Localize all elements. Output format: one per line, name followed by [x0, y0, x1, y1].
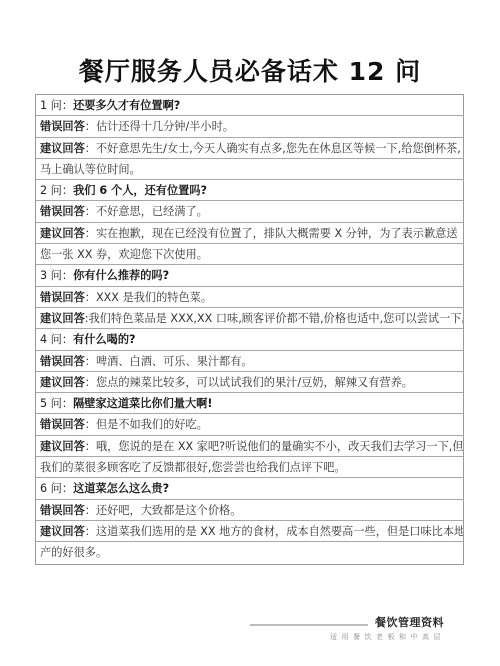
answer-label: 建议回答: [40, 227, 85, 240]
answer-label: 建议回答: [40, 440, 85, 453]
answer-label: 错误回答: [40, 355, 85, 368]
wrong-answer-row: 错误回答：不好意思，已经满了。: [36, 201, 463, 222]
question-row: 6 问：这道菜怎么这么贵?: [36, 478, 463, 499]
answer-text: 估计还得十几分钟/半小时。: [96, 120, 234, 133]
answer-text: 这道菜我们选用的是 XX 地方的食材，成本自然要高一些，但是口味比本地: [96, 525, 463, 538]
answer-text: 您一张 XX 券，欢迎您下次使用。: [40, 248, 208, 261]
answer-text: 实在抱歉，现在已经没有位置了，排队大概需要 X 分钟，为了表示歉意送: [96, 227, 458, 240]
answer-text: 我们的菜很多顾客吃了反馈都很好,您尝尝也给我们点评下吧。: [40, 461, 346, 474]
question-text: 还要多久才有位置啊?: [73, 99, 180, 112]
answer-label: 错误回答: [40, 291, 85, 304]
wrong-answer-row: 错误回答：还好吧，大致都是这个价格。: [36, 500, 463, 521]
answer-text: 但是不如我们的好吃。: [96, 418, 208, 431]
answer-text: 哦，您说的是在 XX 家吧?听说他们的量确实不小，改天我们去学习一下,但: [96, 440, 463, 453]
question-number: 1 问：: [40, 99, 73, 112]
page-title: 餐厅服务人员必备话术 12 问: [0, 52, 500, 88]
suggested-answer-row: 建议回答：这道菜我们选用的是 XX 地方的食材，成本自然要高一些，但是口味比本地: [36, 521, 463, 542]
answer-text: 啤酒、白酒、可乐、果汁都有。: [96, 355, 253, 368]
answer-label: 错误回答: [40, 205, 85, 218]
label-separator: ：: [85, 440, 96, 453]
suggested-answer-row: 建议回答:我们特色菜品是 XXX,XX 口味,顾客评价都不错,价格也适中,您可以…: [36, 308, 463, 329]
answer-continuation-row: 我们的菜很多顾客吃了反馈都很好,您尝尝也给我们点评下吧。: [36, 457, 463, 478]
question-number: 6 问：: [40, 482, 73, 495]
question-number: 4 问：: [40, 333, 73, 346]
label-separator: ：: [85, 227, 96, 240]
label-separator: ：: [85, 525, 96, 538]
suggested-answer-row: 建议回答：您点的辣菜比较多，可以试试我们的果汁/豆奶，解辣又有营养。: [36, 372, 463, 393]
label-separator: ：: [85, 376, 96, 389]
footer-title: 餐饮管理资料: [375, 614, 444, 630]
footer-divider: [250, 624, 368, 626]
answer-text: 我们特色菜品是 XXX,XX 口味,顾客评价都不错,价格也适中,您可以尝试一下。: [89, 312, 463, 325]
label-separator: ：: [85, 355, 96, 368]
question-row: 3 问：你有什么推荐的吗?: [36, 265, 463, 286]
wrong-answer-row: 错误回答：XXX 是我们的特色菜。: [36, 287, 463, 308]
qa-table: 1 问：还要多久才有位置啊?错误回答：估计还得十几分钟/半小时。建议回答：不好意…: [35, 94, 464, 565]
question-number: 3 问：: [40, 269, 73, 282]
question-text: 隔壁家这道菜比你们量大啊!: [73, 397, 212, 410]
label-separator: ：: [85, 120, 96, 133]
wrong-answer-row: 错误回答：估计还得十几分钟/半小时。: [36, 116, 463, 137]
label-separator: ：: [85, 291, 96, 304]
question-text: 你有什么推荐的吗?: [73, 269, 169, 282]
answer-label: 建议回答: [40, 312, 85, 325]
answer-text: 不好意思先生/女士,今天人确实有点多,您先在休息区等候一下,给您倒杯茶,: [96, 142, 461, 155]
answer-continuation-row: 马上确认等位时间。: [36, 159, 463, 180]
suggested-answer-row: 建议回答：不好意思先生/女士,今天人确实有点多,您先在休息区等候一下,给您倒杯茶…: [36, 138, 463, 159]
label-separator: ：: [85, 504, 96, 517]
answer-label: 建议回答: [40, 525, 85, 538]
answer-text: 产的好很多。: [40, 546, 107, 559]
answer-text: 还好吧，大致都是这个价格。: [96, 504, 241, 517]
question-number: 2 问：: [40, 184, 73, 197]
suggested-answer-row: 建议回答：实在抱歉，现在已经没有位置了，排队大概需要 X 分钟，为了表示歉意送: [36, 223, 463, 244]
label-separator: ：: [85, 142, 96, 155]
answer-label: 建议回答: [40, 376, 85, 389]
answer-label: 错误回答: [40, 120, 85, 133]
question-row: 2 问：我们 6 个人，还有位置吗?: [36, 180, 463, 201]
label-separator: ：: [85, 418, 96, 431]
question-text: 这道菜怎么这么贵?: [73, 482, 169, 495]
question-row: 4 问：有什么喝的?: [36, 329, 463, 350]
label-separator: ：: [85, 205, 96, 218]
question-number: 5 问：: [40, 397, 73, 410]
wrong-answer-row: 错误回答：啤酒、白酒、可乐、果汁都有。: [36, 351, 463, 372]
answer-continuation-row: 您一张 XX 券，欢迎您下次使用。: [36, 244, 463, 265]
answer-text: 不好意思，已经满了。: [96, 205, 208, 218]
answer-continuation-row: 产的好很多。: [36, 542, 463, 563]
answer-label: 建议回答: [40, 142, 85, 155]
answer-label: 错误回答: [40, 504, 85, 517]
footer-subtitle: 适用餐饮老板和中高层: [330, 632, 445, 642]
answer-text: 您点的辣菜比较多，可以试试我们的果汁/豆奶，解辣又有营养。: [96, 376, 413, 389]
suggested-answer-row: 建议回答：哦，您说的是在 XX 家吧?听说他们的量确实不小，改天我们去学习一下,…: [36, 436, 463, 457]
question-row: 5 问：隔壁家这道菜比你们量大啊!: [36, 393, 463, 414]
answer-text: 马上确认等位时间。: [40, 163, 141, 176]
answer-text: XXX 是我们的特色菜。: [96, 291, 212, 304]
question-row: 1 问：还要多久才有位置啊?: [36, 95, 463, 116]
question-text: 有什么喝的?: [73, 333, 135, 346]
question-text: 我们 6 个人，还有位置吗?: [73, 184, 207, 197]
answer-label: 错误回答: [40, 418, 85, 431]
wrong-answer-row: 错误回答：但是不如我们的好吃。: [36, 414, 463, 435]
